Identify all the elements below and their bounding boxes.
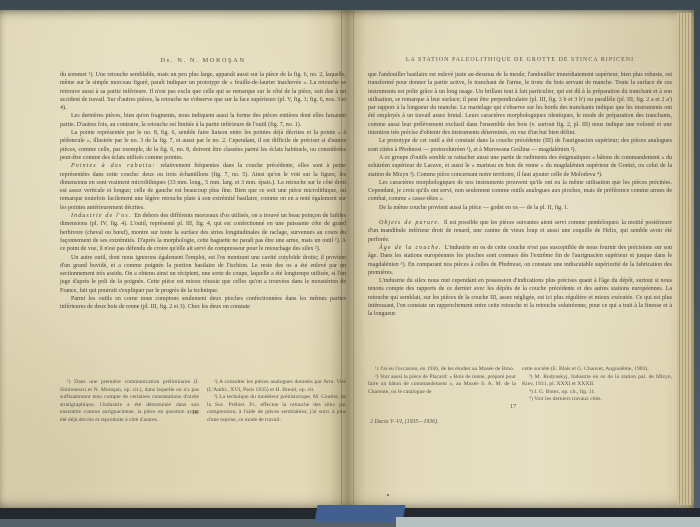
paper-speck bbox=[387, 494, 389, 496]
paragraph-lead: Âge de la couche. bbox=[379, 245, 445, 251]
gutter-crease-right bbox=[353, 10, 354, 508]
open-book: Dr. N. N. MOROŞAN du sommet ¹). Une reto… bbox=[0, 10, 694, 508]
paragraph: Âge de la couche. L'industrie en os de c… bbox=[368, 244, 672, 277]
paragraph: Les caractères morphologiques de nos ins… bbox=[368, 179, 672, 204]
page-stack-edge bbox=[677, 13, 692, 505]
right-footnotes-column-1: ¹) J'ai eu l'occasion, en 1936, de les é… bbox=[368, 366, 516, 418]
paragraph: La pointe représentée par le no. 8, fig.… bbox=[60, 129, 346, 162]
paragraph: Un autre outil, dont nous ignorons égale… bbox=[60, 254, 346, 295]
footnote: ²) A consulter les pièces analogues donn… bbox=[207, 379, 346, 394]
paragraph: Le prototype de cet outil a été constaté… bbox=[368, 137, 672, 154]
paragraph: Parmi les outils en corne nous comptons … bbox=[60, 295, 346, 312]
paragraph: que l'andouiller basilaire est enlevé ju… bbox=[368, 71, 672, 137]
paragraph-lead: Pointes à dos rabattu: bbox=[71, 163, 160, 169]
left-running-header: Dr. N. N. MOROŞAN bbox=[60, 57, 346, 64]
paragraph-lead: Industrie de l'os. bbox=[71, 213, 134, 219]
footnote: ¹) J'ai eu l'occasion, en 1936, de les é… bbox=[368, 366, 516, 374]
left-page-number: 16 bbox=[60, 409, 330, 416]
right-running-header: LA STATION PALÉOLITHIQUE DE GROTTE DE ST… bbox=[368, 57, 672, 63]
signature-line: 2 Dacia V–VI, (1935—1936). bbox=[370, 419, 438, 425]
footnote: ⁴) I. G. Botez, op. cit., fig. 11. bbox=[522, 389, 672, 397]
paragraph: Objets de parure. Il est possible que le… bbox=[368, 219, 672, 244]
paragraph: du sommet ¹). Une retouche semblable, ma… bbox=[60, 71, 346, 112]
footnote: ²) Voir aussi la pièce de Placard: « Boi… bbox=[368, 374, 516, 397]
right-footnotes-column-2: cette société (E. Blais et G. Chauvet, A… bbox=[522, 366, 672, 418]
footnote: cette société (E. Blais et G. Chauvet, A… bbox=[522, 366, 672, 374]
right-page: LA STATION PALÉOLITHIQUE DE GROTTE DE ST… bbox=[346, 10, 694, 508]
right-page-number: 17 bbox=[368, 403, 658, 410]
paragraph: A ce groupe d'outils semble se rattacher… bbox=[368, 154, 672, 179]
paragraph-lead: Objets de parure. bbox=[379, 220, 444, 226]
right-page-body: que l'andouiller basilaire est enlevé ju… bbox=[368, 71, 672, 362]
paragraph: De la même couche provient aussi la pièc… bbox=[368, 204, 672, 212]
left-page: Dr. N. N. MOROŞAN du sommet ¹). Une reto… bbox=[0, 10, 346, 508]
gutter-shadow bbox=[330, 10, 366, 508]
scanner-bed-strip bbox=[396, 517, 700, 527]
gutter-crease-left bbox=[341, 10, 342, 508]
footnote: ³) M. Rudynskyj, Industrie en os de la s… bbox=[522, 374, 672, 389]
paragraph: Les dernières pièces, bien qu'en fragmen… bbox=[60, 112, 346, 129]
paragraph: L'industrie du silex nous met cependant … bbox=[368, 277, 672, 318]
paragraph: Industrie de l'os. En dehors des différe… bbox=[60, 212, 346, 253]
book-cover-blue-corner bbox=[315, 505, 406, 522]
footnote: ¹) Dans une première communication préli… bbox=[60, 379, 199, 424]
paragraph: Pointes à dos rabattu: relativement fréq… bbox=[60, 162, 346, 212]
book-scan-photo: Dr. N. N. MOROŞAN du sommet ¹). Une reto… bbox=[0, 0, 700, 527]
left-page-body: du sommet ¹). Une retouche semblable, ma… bbox=[60, 71, 346, 375]
